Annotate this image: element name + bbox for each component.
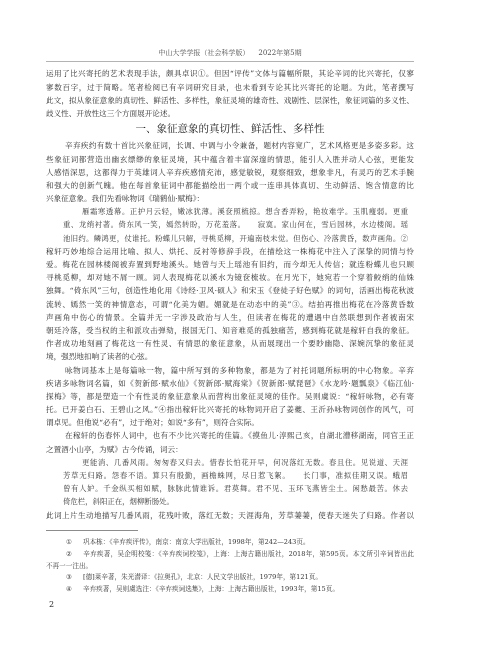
footnote-text: 不再一一注出。 — [46, 562, 92, 570]
footnotes: ①巩本栋：《辛弃疾评传》，南京：南京大学出版社，1998年，第242—243页。… — [46, 537, 414, 596]
text-line: 人感悟深思，这都得力于英雄词人辛弃疾感情充沛，感觉敏锐，观察细致，想象非凡，有灵… — [46, 166, 414, 179]
text-line: 境，强烈地扣响了读者的心弦。 — [46, 350, 414, 363]
text-line: 独舞。“倚东风”三句，创造性地化用《诗经·卫风·硕人》和宋玉《登徒子好色赋》的词… — [46, 284, 414, 297]
poem-line: 池旧约。鳞鸿更，仗谁托。粉蝶儿只解，寻桃觅柳，开遍南枝未觉。但伤心、冷落黄昏，数… — [63, 232, 408, 245]
footnote-marker: ② — [66, 549, 77, 561]
journal-name: 中山大学学报（社会科学版） — [158, 49, 249, 57]
running-header: 中山大学学报（社会科学版）2022年第5期 — [46, 47, 414, 59]
footnote-4: ④辛弃疾著，吴则虞选注：《辛弃疾词选集》，上海：上海古籍出版社，1993年，第1… — [46, 584, 414, 596]
footnote-1: ①巩本栋：《辛弃疾评传》，南京：南京大学出版社，1998年，第242—243页。 — [46, 537, 414, 549]
poem-line: 重、龙绡衬著。倚东风一笑，嫣然转盼，万花羞落。 寂寞。家山何在，雪后园林，水边楼… — [63, 218, 408, 231]
poem-quote-ruiheixian: 雁霜寒透幕。正护月云轻，嫩冰犹薄。溪奁照梳掠。想含香弄粉，艳妆难学。玉肌瘦弱。更… — [46, 205, 414, 245]
footnote-rule — [46, 530, 138, 531]
poem-line: 芳草无归路。怨春不语。算只有殷勤，画檐蛛网，尽日惹飞絮。 长门事，准拟佳期又误。… — [63, 469, 408, 482]
footnote-text: [德]莱辛著，朱光潜译：《拉奥孔》，北京：人民文学出版社，1979年，第121页… — [83, 573, 322, 581]
header-rule — [46, 61, 414, 62]
paragraph-1: 辛弃疾约有数十首比兴象征词，长调、中调与小令兼备，题材内容宽广，艺术风格更是多姿… — [46, 139, 414, 205]
poem-line: 曾有人妒。千金纵买相如赋，脉脉此情谁诉。君莫舞。君不见、玉环飞燕皆尘土。闲愁最苦… — [63, 482, 408, 495]
text-line: 稼轩巧妙地综合运用比喻、拟人、烘托、反衬等修辞手段，在描绘这一株梅花中注入了深挚… — [46, 245, 414, 258]
paragraph-5: 此词上片生动地描写几番风雨，花残叶败，落红无数；天涯海角，芳草萋萋，使春天迷失了… — [46, 509, 414, 522]
paragraph-4: 在稼轩的伤春怀人词中，也有不少比兴寄托的佳篇。《摸鱼儿·淳熙己亥，自湖北漕移湖南… — [46, 429, 414, 455]
paragraph-intro: 运用了比兴寄托的艺术表现手法，颇具卓识①。但因“评传”文体与篇幅所限，其论辛词的… — [46, 67, 414, 120]
text-line: 谓卓见。但他说“必有”，过于绝对；如说“多有”，则符合实际。 — [46, 416, 414, 429]
issue-label: 2022年第5期 — [258, 49, 301, 57]
text-line: 寥数百字，过于简略。笔者检阅已有辛词研究目录，也未看到专论其比兴寄托的论题。为此… — [46, 81, 414, 94]
text-line: 咏物词基本上是每篇咏一物，篇中所写到的多种物象，都是为了衬托词题所标明的中心物象… — [46, 364, 414, 377]
text-line: 寻桃觅柳，却对她不屑一顾。词人表现梅花以溪水为镜奁梳妆。在月光下，她宛若一个穿着… — [46, 271, 414, 284]
poem-line: 倚危栏，斜阳正在，烟柳断肠处。 — [63, 495, 408, 508]
text-line: 托。已开姜白石、王碧山之风。”④指出稼轩比兴寄托的咏物词开启了姜夔、王沂孙咏物词… — [46, 403, 414, 416]
footnote-3: ③[德]莱辛著，朱光潜译：《拉奥孔》，北京：人民文学出版社，1979年，第121… — [46, 572, 414, 584]
text-line: 流转、嫣然一笑的神情意态，可谓“化美为媚。媚就是在动态中的美”③。结拍再推出梅花… — [46, 298, 414, 311]
text-line: 此文，拟从象征意象的真切性、鲜活性、多样性，象征灵境的雄奇性、戏剧性、层深性，象… — [46, 94, 414, 107]
text-line: 朝廷冷落，受当权的主和派攻击弹劾，报国无门、知音难觅的孤独痛苦，感到梅花就是稼轩… — [46, 324, 414, 337]
text-line: 在稼轩的伤春怀人词中，也有不少比兴寄托的佳篇。《摸鱼儿·淳熙己亥，自湖北漕移湖南… — [46, 429, 414, 442]
text-line: 兴象征意象。我们先看咏物词《瑞鹤仙·赋梅》： — [46, 192, 414, 205]
text-line: 疾诸多咏物词名篇，如《贺新郎·赋水仙》《贺新郎·赋海棠》《贺新郎·赋琵琶》《水龙… — [46, 377, 414, 390]
text-line: 作者成功地刻画了梅花这一有性灵、有情思的象征意象，从而展现出一个要眇幽隐、深婉沉… — [46, 337, 414, 350]
footnote-2: ②辛弃疾著，吴企明校笺：《辛弃疾词校笺》，上海：上海古籍出版社，2018年，第5… — [46, 549, 414, 561]
text-line: 歧义性、开放性这三个方面展开论述。 — [46, 107, 414, 120]
text-line: 爱。梅花在园林楼阁被弃置到野地溪头。她曾与天上瑶池有旧约，而今却无人传信；就连粉… — [46, 258, 414, 271]
paragraph-2: 稼轩巧妙地综合运用比喻、拟人、烘托、反衬等修辞手段，在描绘这一株梅花中注入了深挚… — [46, 245, 414, 364]
text-line: 之置酒小山亭，为赋》古今传诵，词云： — [46, 443, 414, 456]
text-line: 声画角中伤心的情景。全篇并无一字涉及政治与人生，但读者在梅花的遭遇中自然联想到作… — [46, 311, 414, 324]
footnote-marker: ④ — [66, 584, 77, 596]
poem-line: 雁霜寒透幕。正护月云轻，嫩冰犹薄。溪奁照梳掠。想含香弄粉，艳妆难学。玉肌瘦弱。更… — [63, 205, 408, 218]
footnote-text: 辛弃疾著，吴则虞选注：《辛弃疾词选集》，上海：上海古籍出版社，1993年，第15… — [83, 585, 339, 593]
page-number: 2 — [49, 599, 54, 611]
footnote-marker: ③ — [66, 572, 77, 584]
text-line: 探梅》等，都是塑造一个有性灵的象征意象从而营构出象征灵境的佳作。吴则虞说：“稼轩… — [46, 390, 414, 403]
body-text: 运用了比兴寄托的艺术表现手法，颇具卓识①。但因“评传”文体与篇幅所限，其论辛词的… — [46, 67, 414, 521]
poem-line: 更能消、几番风雨。匆匆春又归去。惜春长怕花开早，何况落红无数。春且住。见说道、天… — [63, 456, 408, 469]
poem-quote-moyuer: 更能消、几番风雨。匆匆春又归去。惜春长怕花开早，何况落红无数。春且住。见说道、天… — [46, 456, 414, 509]
text-line: 和强大的创新气魄。他在每首象征词中都能描绘出一两个或一连串具体真切、生动鲜活、饱… — [46, 179, 414, 192]
footnote-text: 巩本栋：《辛弃疾评传》，南京：南京大学出版社，1998年，第242—243页。 — [83, 538, 310, 546]
text-line: 此词上片生动地描写几番风雨，花残叶败，落红无数；天涯海角，芳草萋萋，使春天迷失了… — [46, 509, 414, 522]
section-heading: 一、象征意象的真切性、鲜活性、多样性 — [46, 120, 414, 139]
paragraph-3: 咏物词基本上是每篇咏一物，篇中所写到的多种物象，都是为了衬托词题所标明的中心物象… — [46, 364, 414, 430]
text-line: 些象征词都营造出幽玄缥缈的象征灵境，其中蕴含着丰富深邃的情思，能引人入胜并动人心… — [46, 153, 414, 166]
footnote-marker: ① — [66, 537, 77, 549]
text-line: 辛弃疾约有数十首比兴象征词，长调、中调与小令兼备，题材内容宽广，艺术风格更是多姿… — [46, 139, 414, 152]
footnote-text: 辛弃疾著，吴企明校笺：《辛弃疾词校笺》，上海：上海古籍出版社，2018年，第59… — [66, 550, 414, 561]
footnote-2-continuation: 不再一一注出。 — [46, 561, 414, 573]
document-page: 中山大学学报（社会科学版）2022年第5期 运用了比兴寄托的艺术表现手法，颇具卓… — [0, 0, 480, 647]
text-line: 运用了比兴寄托的艺术表现手法，颇具卓识①。但因“评传”文体与篇幅所限，其论辛词的… — [46, 67, 414, 80]
